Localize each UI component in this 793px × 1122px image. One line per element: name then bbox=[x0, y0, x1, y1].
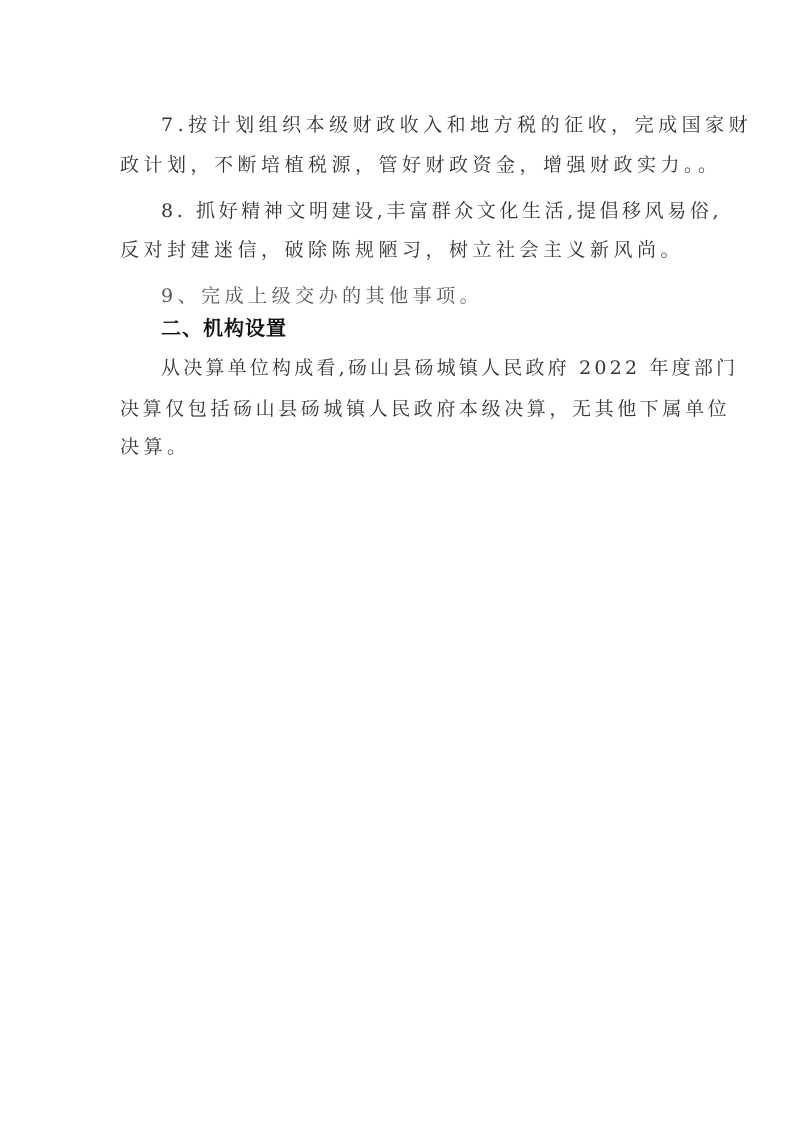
section-paragraph-line-2: 决算仅包括砀山县砀城镇人民政府本级决算，无其他下属单位 bbox=[120, 397, 700, 421]
item-9-line-1: 9、完成上级交办的其他事项。 bbox=[161, 284, 741, 308]
item-7-line-2: 政计划，不断培植税源，管好财政资金，增强财政实力。。 bbox=[120, 153, 700, 177]
section-paragraph-line-3: 决算。 bbox=[120, 435, 700, 459]
item-7-line-1: 7.按计划组织本级财政收入和地方税的征收，完成国家财 bbox=[161, 113, 741, 137]
item-8-line-1: 8. 抓好精神文明建设,丰富群众文化生活,提倡移风易俗, bbox=[161, 199, 741, 223]
section-heading: 二、机构设置 bbox=[161, 316, 741, 340]
section-paragraph-line-1: 从决算单位构成看,砀山县砀城镇人民政府 2022 年度部门 bbox=[161, 356, 741, 380]
item-8-line-2: 反对封建迷信，破除陈规陋习，树立社会主义新风尚。 bbox=[120, 238, 700, 262]
document-page: 7.按计划组织本级财政收入和地方税的征收，完成国家财 政计划，不断培植税源，管好… bbox=[0, 0, 793, 1122]
